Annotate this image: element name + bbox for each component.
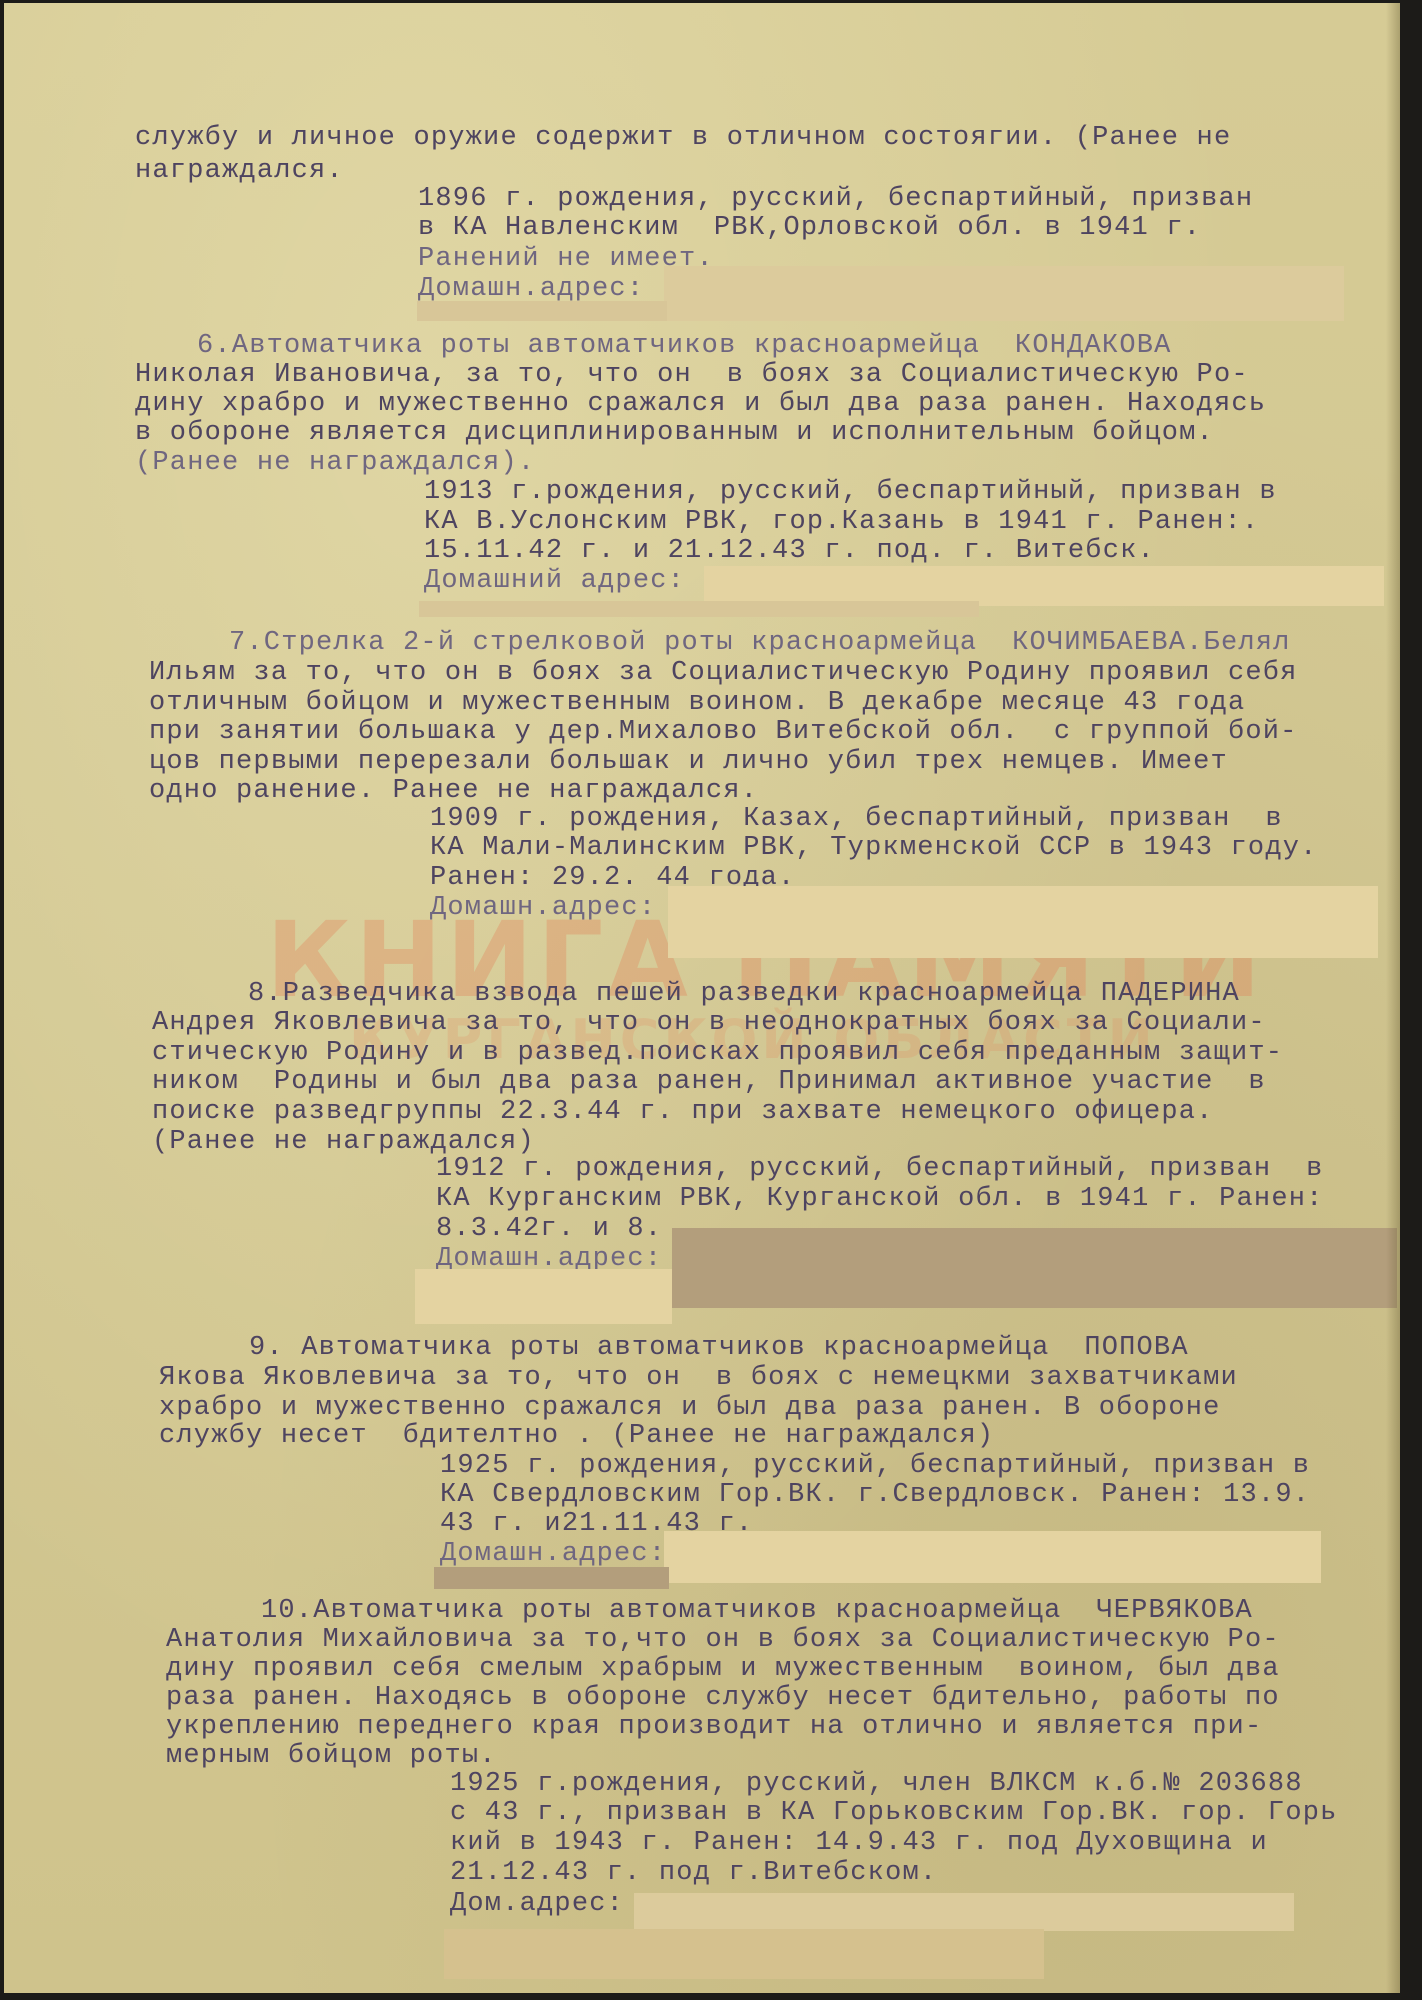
entry-8-line: стическую Родину и в развед.поисках проя…: [152, 1038, 1283, 1068]
entry-8-bio: КА Курганским РВК, Курганской обл. в 194…: [436, 1184, 1324, 1214]
entry-9-line: Якова Яковлевича за то, что он в боях с …: [159, 1363, 1238, 1393]
entry-7-line: одно ранение. Ранее не награждался.: [149, 776, 758, 806]
entry-8-bio: 1912 г. рождения, русский, беспартийный,…: [436, 1154, 1324, 1184]
entry-6-bio: 1913 г.рождения, русский, беспартийный, …: [424, 477, 1277, 507]
address-label: Домашний адрес:: [424, 566, 685, 596]
entry-6-line: дину храбро и мужественно сражался и был…: [135, 389, 1266, 419]
entry-8-line: Андрея Яковлевича за то, что он в неодно…: [152, 1008, 1266, 1038]
entry-7-bio: 1909 г. рождения, Казах, беспартийный, п…: [430, 804, 1283, 834]
bio-line: 1896 г. рождения, русский, беспартийный,…: [418, 184, 1253, 214]
entry-9-bio: КА Свердловским Гор.ВК. г.Свердловск. Ра…: [440, 1480, 1310, 1510]
bio-line: в КА Навленским РВК,Орловской обл. в 194…: [418, 213, 1201, 243]
entry-8-line: ником Родины и был два раза ранен, Прини…: [152, 1067, 1266, 1097]
redacted-block: [434, 1567, 669, 1589]
entry-7-line: отличным бойцом и мужественным воином. В…: [149, 688, 1245, 718]
entry-8-line: 8.Разведчика взвода пешей разведки красн…: [248, 979, 1240, 1009]
entry-10-bio: с 43 г., призван в КА Горьковским Гор.ВК…: [450, 1798, 1338, 1828]
entry-10-line: мерным бойцом роты.: [166, 1741, 497, 1771]
address-label: Домашн.адрес:: [440, 1539, 666, 1569]
entry-6-bio: 15.11.42 г. и 21.12.43 г. под. г. Витебс…: [424, 536, 1155, 566]
redacted-block: [415, 1269, 672, 1324]
entry-6-line: 6.Автоматчика роты автоматчиков красноар…: [197, 331, 1172, 361]
entry-6-line: Николая Ивановича, за то, что он в боях …: [135, 360, 1249, 390]
redacted-block: [419, 601, 979, 617]
entry-9-line: храбро и мужественно сражался и был два …: [159, 1393, 1221, 1423]
redacted-address: [704, 566, 1384, 606]
entry-6-line: в обороне является дисциплинированным и …: [135, 418, 1214, 448]
redacted-address: [668, 886, 1378, 958]
entry-10-line: дину проявил себя смелым храбрым и мужес…: [166, 1654, 1280, 1684]
document-page: КНИГА ПАМЯТИ КУРГАНСКОЙ ОБЛАСТИ службу и…: [4, 3, 1400, 1993]
entry-10-bio: 1925 г.рождения, русский, член ВЛКСМ к.б…: [450, 1769, 1303, 1799]
entry-8-bio: 8.3.42г. и 8.: [436, 1214, 662, 1244]
entry-10-line: укреплению переднего края производит на …: [166, 1712, 1262, 1742]
entry-10-bio: 21.12.43 г. под г.Витебском.: [450, 1858, 937, 1888]
entry-10-bio: кий в 1943 г. Ранен: 14.9.43 г. под Духо…: [450, 1828, 1268, 1858]
entry-7-line: 7.Стрелка 2-й стрелковой роты красноарме…: [229, 628, 1291, 658]
entry-9-line: 9. Автоматчика роты автоматчиков красноа…: [249, 1333, 1189, 1363]
redacted-address: [672, 1228, 1397, 1308]
redacted-address: [634, 1893, 1294, 1931]
entry-10-line: 10.Автоматчика роты автоматчиков красноа…: [261, 1596, 1253, 1626]
address-label: Дом.адрес:: [450, 1889, 624, 1919]
entry-7-line: при занятии большака у дер.Михалово Вите…: [149, 717, 1298, 747]
address-label: Домашн.адрес:: [418, 274, 644, 304]
address-label: Домашн.адрес:: [430, 893, 656, 923]
entry-7-line: Ильям за то, что он в боях за Социалисти…: [149, 658, 1298, 688]
redacted-block: [444, 1929, 1044, 1979]
entry-10-line: раза ранен. Находясь в обороне службу не…: [166, 1683, 1280, 1713]
entry-9-bio: 1925 г. рождения, русский, беспартийный,…: [440, 1451, 1310, 1481]
entry-9-line: службу несет бдителтно . (Ранее не награ…: [159, 1421, 994, 1451]
redacted-block: [417, 301, 667, 321]
redacted-address: [664, 1531, 1321, 1583]
text-line: награждался.: [135, 156, 344, 186]
entry-7-line: цов первыми перерезали большак и лично у…: [149, 747, 1228, 777]
entry-6-line: (Ранее не награждался).: [135, 448, 535, 478]
entry-7-bio: КА Мали-Малинским РВК, Туркменской ССР в…: [430, 833, 1318, 863]
entry-8-line: (Ранее не награждался): [152, 1127, 535, 1157]
entry-8-line: поиске разведгруппы 22.3.44 г. при захва…: [152, 1097, 1214, 1127]
text-line: службу и личное оружие содержит в отличн…: [135, 123, 1231, 153]
entry-6-bio: КА В.Услонским РВК, гор.Казань в 1941 г.…: [424, 507, 1259, 537]
entry-10-line: Анатолия Михайловича за то,что он в боях…: [166, 1625, 1280, 1655]
redacted-address: [664, 266, 1344, 321]
